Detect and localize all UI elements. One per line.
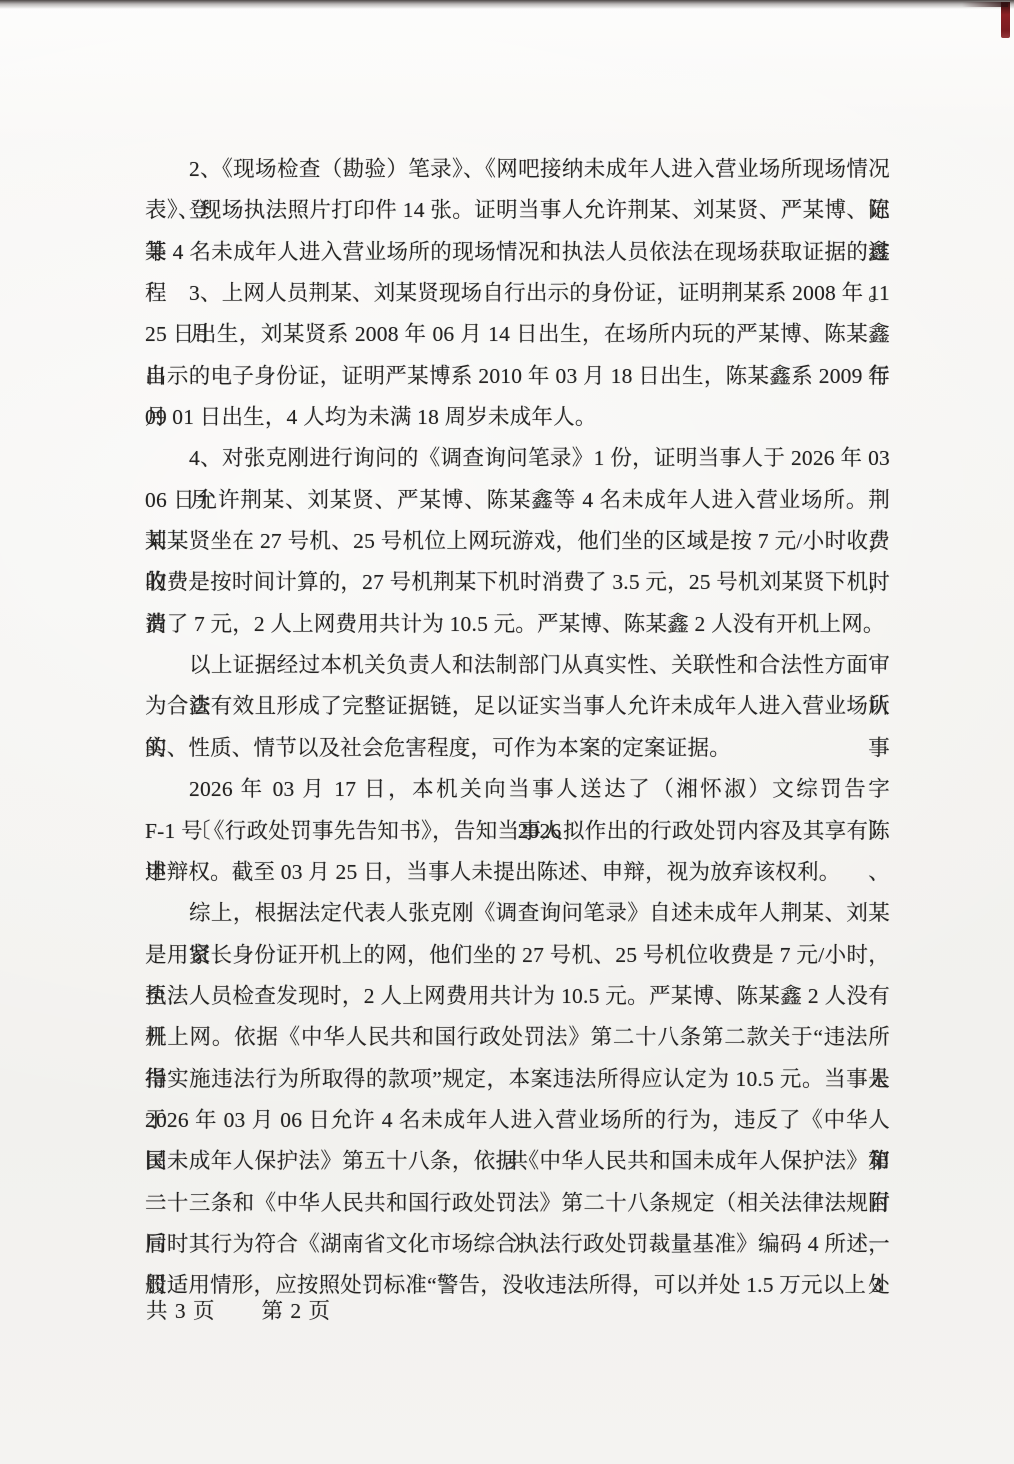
text-line: 执法人员检查发现时，2 人上网费用共计为 10.5 元。严某博、陈某鑫 2 人没… xyxy=(145,976,890,1017)
text-line: 表》、现场执法照片打印件 14 张。证明当事人允许荆某、刘某贤、严某博、陈某鑫 xyxy=(145,190,890,231)
text-line: 25 日出生，刘某贤系 2008 年 06 月 14 日出生，在场所内玩的严某博… xyxy=(145,314,890,355)
text-line: 机上网。依据《中华人民共和国行政处罚法》第二十八条第二款关于“违法所得是 xyxy=(145,1017,890,1058)
text-line: 3、上网人员荆某、刘某贤现场自行出示的身份证，证明荆某系 2008 年 11 月 xyxy=(145,273,890,314)
text-line: 收费是按时间计算的，27 号机荆某下机时消费了 3.5 元，25 号机刘某贤下机… xyxy=(145,562,890,603)
text-line: 出示的电子身份证，证明严某博系 2010 年 03 月 18 日出生，陈某鑫系 … xyxy=(145,356,890,397)
text-line: 月 01 日出生，4 人均为未满 18 周岁未成年人。 xyxy=(145,397,890,438)
document-body: 2、《现场检查（勘验）笔录》、《网吧接纳未成年人进入营业场所现场情况登记表》、现… xyxy=(145,149,890,1307)
text-line: 等 4 名未成年人进入营业场所的现场情况和执法人员依法在现场获取证据的过程。 xyxy=(145,232,890,273)
current-page-label: 第 2 页 xyxy=(262,1299,332,1323)
total-pages-label: 共 3 页 xyxy=(146,1299,216,1323)
text-line: 为合法有效且形成了完整证据链，足以证实当事人允许未成年人进入营业场所的事 xyxy=(145,686,890,727)
text-line: 二十三条和《中华人民共和国行政处罚法》第二十八条规定（相关法律法规附后）， xyxy=(145,1183,890,1224)
text-line: 2、《现场检查（勘验）笔录》、《网吧接纳未成年人进入营业场所现场情况登记 xyxy=(145,149,890,190)
text-line: 4、对张克刚进行询问的《调查询问笔录》1 份，证明当事人于 2026 年 03 … xyxy=(145,438,890,479)
scan-edge-shadow xyxy=(0,0,1014,9)
text-line: 是用家长身份证开机上的网，他们坐的 27 号机、25 号机位收费是 7 元/小时… xyxy=(145,935,890,976)
text-line: 2026 年 03 月 17 日，本机关向当事人送达了（湘怀淑）文综罚告字〔20… xyxy=(145,769,890,810)
text-line: 2026 年 03 月 06 日允许 4 名未成年人进入营业场所的行为，违反了《… xyxy=(145,1100,890,1141)
text-line: F-1 号《行政处罚事先告知书》，告知当事人拟作出的行政处罚内容及其享有陈述、 xyxy=(145,811,890,852)
scan-corner-mark xyxy=(1001,2,1010,38)
text-line: 费了 7 元，2 人上网费用共计为 10.5 元。严某博、陈某鑫 2 人没有开机… xyxy=(145,604,890,645)
text-line: 综上，根据法定代表人张克刚《调查询问笔录》自述未成年人荆某、刘某贤 xyxy=(145,893,890,934)
document-page: 2、《现场检查（勘验）笔录》、《网吧接纳未成年人进入营业场所现场情况登记表》、现… xyxy=(0,0,1014,1464)
text-line: 申辩权。截至 03 月 25 日，当事人未提出陈述、申辩，视为放弃该权利。 xyxy=(145,852,890,893)
text-line: 以上证据经过本机关负责人和法制部门从真实性、关联性和合法性方面审查认 xyxy=(145,645,890,686)
text-line: 指实施违法行为所取得的款项”规定，本案违法所得应认定为 10.5 元。当事人于 xyxy=(145,1059,890,1100)
text-line: 06 日允许荆某、刘某贤、严某博、陈某鑫等 4 名未成年人进入营业场所。荆某， xyxy=(145,480,890,521)
text-line: 刘某贤坐在 27 号机、25 号机位上网玩游戏，他们坐的区域是按 7 元/小时收… xyxy=(145,521,890,562)
text-line: 同时其行为符合《湖南省文化市场综合执法行政处罚裁量基准》编码 4 所述一般处 xyxy=(145,1224,890,1265)
text-line: 国未成年人保护法》第五十八条，依据《中华人民共和国未成年人保护法》第一百 xyxy=(145,1141,890,1182)
page-footer: 共 3 页第 2 页 xyxy=(146,1296,331,1326)
